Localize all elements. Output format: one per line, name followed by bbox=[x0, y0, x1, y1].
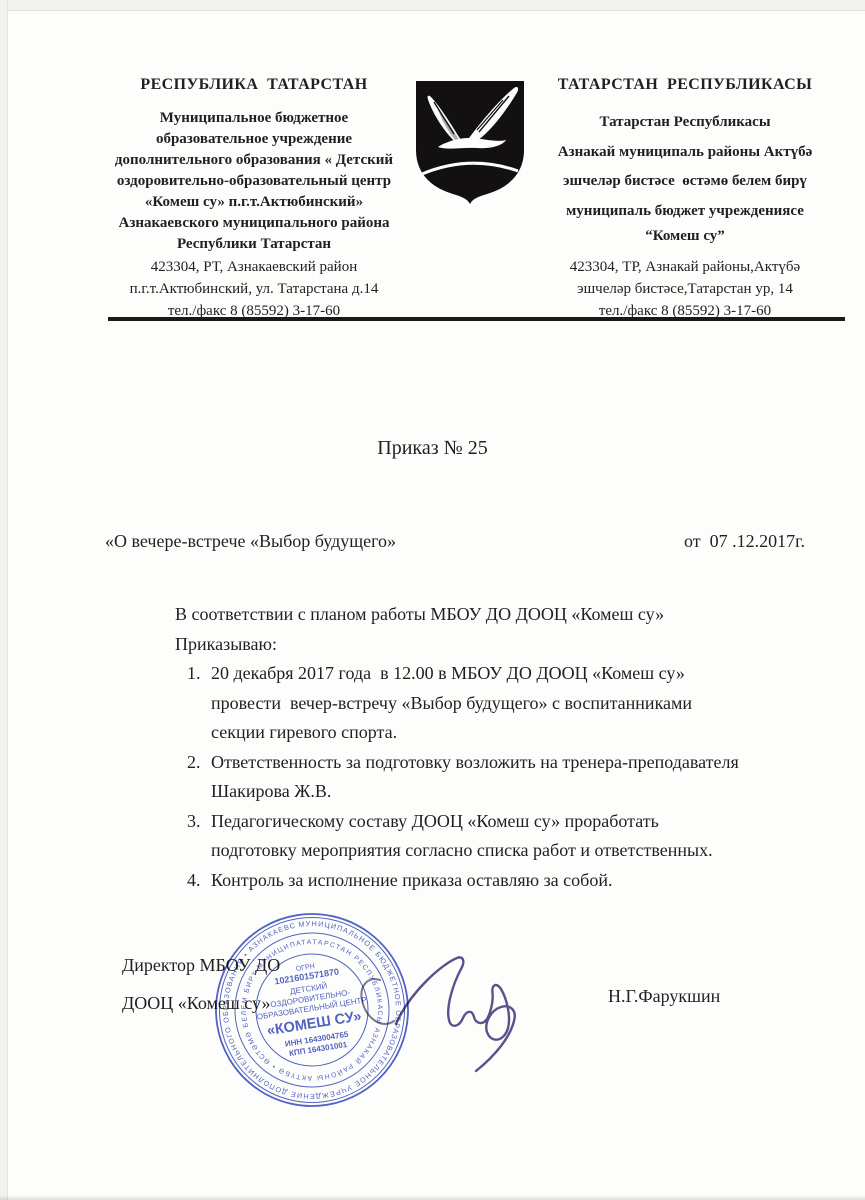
order-intro: В соответствии с планом работы МБОУ ДО Д… bbox=[175, 600, 805, 659]
letterhead-divider-rule bbox=[108, 317, 845, 321]
left-org-line: оздоровительно-образовательный центр bbox=[103, 171, 405, 192]
right-republic-title: ТАТАРСТАН РЕСПУБЛИКАСЫ bbox=[528, 76, 842, 94]
order-subject: «О вечере-встрече «Выбор будущего» bbox=[105, 531, 396, 552]
right-address-line: 423304, ТР, Азнакай районы,Актүбә bbox=[528, 256, 842, 278]
left-republic-title: РЕСПУБЛИКА ТАТАРСТАН bbox=[103, 76, 405, 94]
order-subject-row: «О вечере-встрече «Выбор будущего» от 07… bbox=[105, 531, 805, 552]
left-org-line: Муниципальное бюджетное bbox=[103, 108, 405, 129]
scan-edge-top bbox=[0, 0, 865, 11]
left-address-line: 423304, РТ, Азнакаевский район bbox=[103, 256, 405, 278]
left-org-line: Республики Татарстан bbox=[103, 234, 405, 255]
left-org-line: дополнительного образования « Детский bbox=[103, 150, 405, 171]
order-item: 20 декабря 2017 года в 12.00 в МБОУ ДО Д… bbox=[205, 659, 805, 748]
right-org-name-quote: “Комеш су” bbox=[528, 226, 842, 247]
left-org-line: образовательное учреждение bbox=[103, 129, 405, 150]
left-address-line: п.г.т.Актюбинский, ул. Татарстана д.14 bbox=[103, 278, 405, 300]
director-name: Н.Г.Фарукшин bbox=[608, 986, 720, 1007]
left-org-line: «Комеш су» п.г.т.Актюбинский» bbox=[103, 192, 405, 213]
left-org-name: Муниципальное бюджетное образовательное … bbox=[103, 108, 405, 255]
order-item: Контроль за исполнение приказа оставляю … bbox=[205, 866, 805, 896]
scan-edge-bottom bbox=[0, 1195, 865, 1200]
scan-edge-left bbox=[0, 0, 8, 1200]
order-items-list: 20 декабря 2017 года в 12.00 в МБОУ ДО Д… bbox=[175, 659, 805, 895]
right-address: 423304, ТР, Азнакай районы,Актүбә эшчелә… bbox=[528, 256, 842, 322]
order-body: В соответствии с планом работы МБОУ ДО Д… bbox=[175, 600, 805, 895]
right-address-line: эшчеләр бистәсе,Татарстан ур, 14 bbox=[528, 278, 842, 300]
order-item: Педагогическому составу ДООЦ «Комеш су» … bbox=[205, 807, 805, 866]
swan-shield-emblem bbox=[411, 78, 529, 206]
right-org-name: Татарстан Республикасы Азнакай муниципал… bbox=[528, 108, 842, 226]
left-org-line: Азнакаевского муниципального района bbox=[103, 213, 405, 234]
letterhead-right-column: ТАТАРСТАН РЕСПУБЛИКАСЫ Татарстан Республ… bbox=[528, 76, 842, 247]
order-date: от 07 .12.2017г. bbox=[684, 531, 805, 552]
order-title: Приказ № 25 bbox=[0, 437, 865, 460]
left-address: 423304, РТ, Азнакаевский район п.г.т.Акт… bbox=[103, 256, 405, 322]
letterhead-left-column: РЕСПУБЛИКА ТАТАРСТАН Муниципальное бюдже… bbox=[103, 76, 405, 255]
order-item: Ответственность за подготовку возложить … bbox=[205, 748, 805, 807]
handwritten-signature bbox=[330, 930, 530, 1080]
